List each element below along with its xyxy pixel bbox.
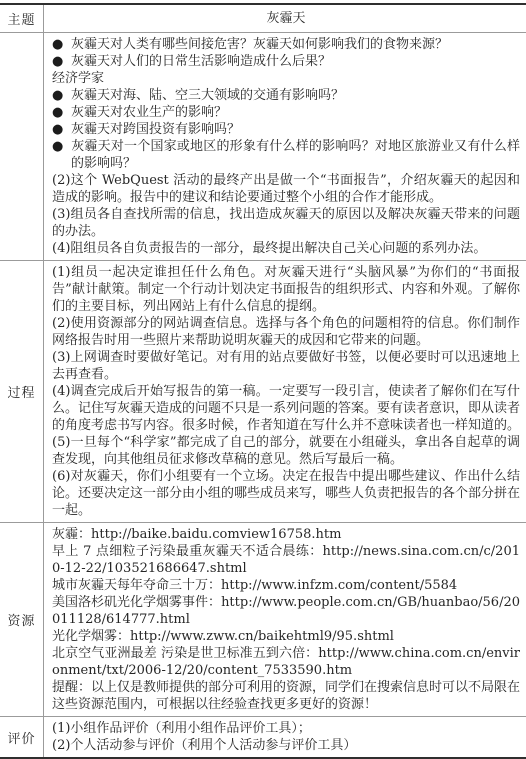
bullet-item-text: 灰霾天对人类有哪些间接危害？灰霾天如何影响我们的食物来源？ [71,37,448,52]
resources-label: 资源 [0,523,44,716]
bullet-item: ●灰霾天对人们的日常生活影响造成什么后果？ [52,53,520,70]
evaluation-content: (1)小组作品评价（利用小组作品评价工具）； (2)个人活动参与评价（利用个人活… [44,717,526,757]
row-process: 过程 (1)组员一起决定谁担任什么角色。对灰霾天进行“头脑风暴”为你们的“书面报… [0,261,526,523]
paragraph: (4)调查完成后开始写报告的第一稿。一定要写一段引言，使读者了解你们在写什么。记… [52,383,520,434]
bullet-icon: ● [52,53,71,70]
resource-link: 光化学烟雾：http://www.zww.cn/baikehtml9/95.sh… [52,628,520,645]
process-label: 过程 [0,261,44,522]
bullet-item: ●灰霾天对农业生产的影响？ [52,104,520,121]
bullet-item-text: 灰霾天对海、陆、空三大领域的交通有影响吗？ [71,88,344,103]
paragraph: 提醒：以上仅是教师提供的部分可利用的资源，同学们在搜索信息时可以不局限在这些资源… [52,679,520,713]
bullet-icon: ● [52,36,71,53]
bullet-item: ●灰霾天对人类有哪些间接危害？灰霾天如何影响我们的食物来源？ [52,36,520,53]
document-page: 主题 灰霾天 ●灰霾天对人类有哪些间接危害？灰霾天如何影响我们的食物来源？ ●灰… [0,0,526,759]
bullet-item-text: 灰霾天对跨国投资有影响吗？ [71,122,240,137]
resource-link: 早上 7 点细粒子污染最重灰霾天不适合晨练：http://news.sina.c… [52,543,520,577]
resource-link: 灰霾：http://baike.baidu.comview16758.htm [52,526,520,543]
paragraph: (1)组员一起决定谁担任什么角色。对灰霾天进行“头脑风暴”为你们的“书面报告”献… [52,264,520,315]
row-evaluation: 评价 (1)小组作品评价（利用小组作品评价工具）； (2)个人活动参与评价（利用… [0,717,526,757]
resource-link: 美国洛杉矶光化学烟雾事件：http://www.people.com.cn/GB… [52,594,520,628]
row-task: ●灰霾天对人类有哪些间接危害？灰霾天如何影响我们的食物来源？ ●灰霾天对人们的日… [0,33,526,261]
paragraph: (3)上网调查时要做好笔记。对有用的站点要做好书签，以便必要时可以迅速地上去再查… [52,349,520,383]
webquest-table: 主题 灰霾天 ●灰霾天对人类有哪些间接危害？灰霾天如何影响我们的食物来源？ ●灰… [0,3,526,759]
resource-link: 北京空气亚洲最差 污染是世卫标准五到六倍：http://www.china.co… [52,645,520,679]
paragraph: (4)阻组员各自负责报告的一部分，最终提出解决自己关心问题的系列办法。 [52,240,520,257]
row-topic: 主题 灰霾天 [0,5,526,33]
paragraph: (5)一旦每个“科学家”都完成了自己的部分，就要在小组碰头，拿出各自起草的调查发… [52,434,520,468]
paragraph: (2)个人活动参与评价（利用个人活动参与评价工具） [52,737,520,754]
bullet-item: ●灰霾天对海、陆、空三大领域的交通有影响吗？ [52,87,520,104]
paragraph: (3)组员各自查找所需的信息，找出造成灰霾天的原因以及解决灰霾天带来的问题的办法… [52,206,520,240]
bullet-icon: ● [52,121,71,138]
paragraph: (1)小组作品评价（利用小组作品评价工具）； [52,720,520,737]
resource-link: 城市灰霾天每年夺命三十万：http://www.infzm.com/conten… [52,577,520,594]
paragraph: 经济学家 [52,70,520,87]
paragraph: (6)对灰霾天，你们小组要有一个立场。决定在报告中提出哪些建议、作出什么结论。还… [52,468,520,519]
evaluation-label: 评价 [0,717,44,757]
bullet-item: ●灰霾天对一个国家或地区的形象有什么样的影响吗？对地区旅游业又有什么样的影响吗？ [52,138,520,172]
bullet-icon: ● [52,87,71,104]
paragraph: (2)使用资源部分的网站调查信息。选择与各个角色的问题相符的信息。你们制作网络报… [52,315,520,349]
bullet-item-text: 灰霾天对人们的日常生活影响造成什么后果？ [71,54,331,69]
bullet-item-text: 灰霾天对一个国家或地区的形象有什么样的影响吗？对地区旅游业又有什么样的影响吗？ [71,139,520,171]
bullet-item: ●灰霾天对跨国投资有影响吗？ [52,121,520,138]
bullet-icon: ● [52,104,71,121]
resources-content: 灰霾：http://baike.baidu.comview16758.htm 早… [44,523,526,716]
task-label [0,33,44,260]
bullet-icon: ● [52,138,71,155]
topic-label: 主题 [0,5,44,32]
bullet-item-text: 灰霾天对农业生产的影响？ [71,105,227,120]
row-resources: 资源 灰霾：http://baike.baidu.comview16758.ht… [0,523,526,717]
process-content: (1)组员一起决定谁担任什么角色。对灰霾天进行“头脑风暴”为你们的“书面报告”献… [44,261,526,522]
topic-value: 灰霾天 [44,5,526,32]
paragraph: (2)这个 WebQuest 活动的最终产出是做一个“书面报告”，介绍灰霾天的起… [52,172,520,206]
task-content: ●灰霾天对人类有哪些间接危害？灰霾天如何影响我们的食物来源？ ●灰霾天对人们的日… [44,33,526,260]
